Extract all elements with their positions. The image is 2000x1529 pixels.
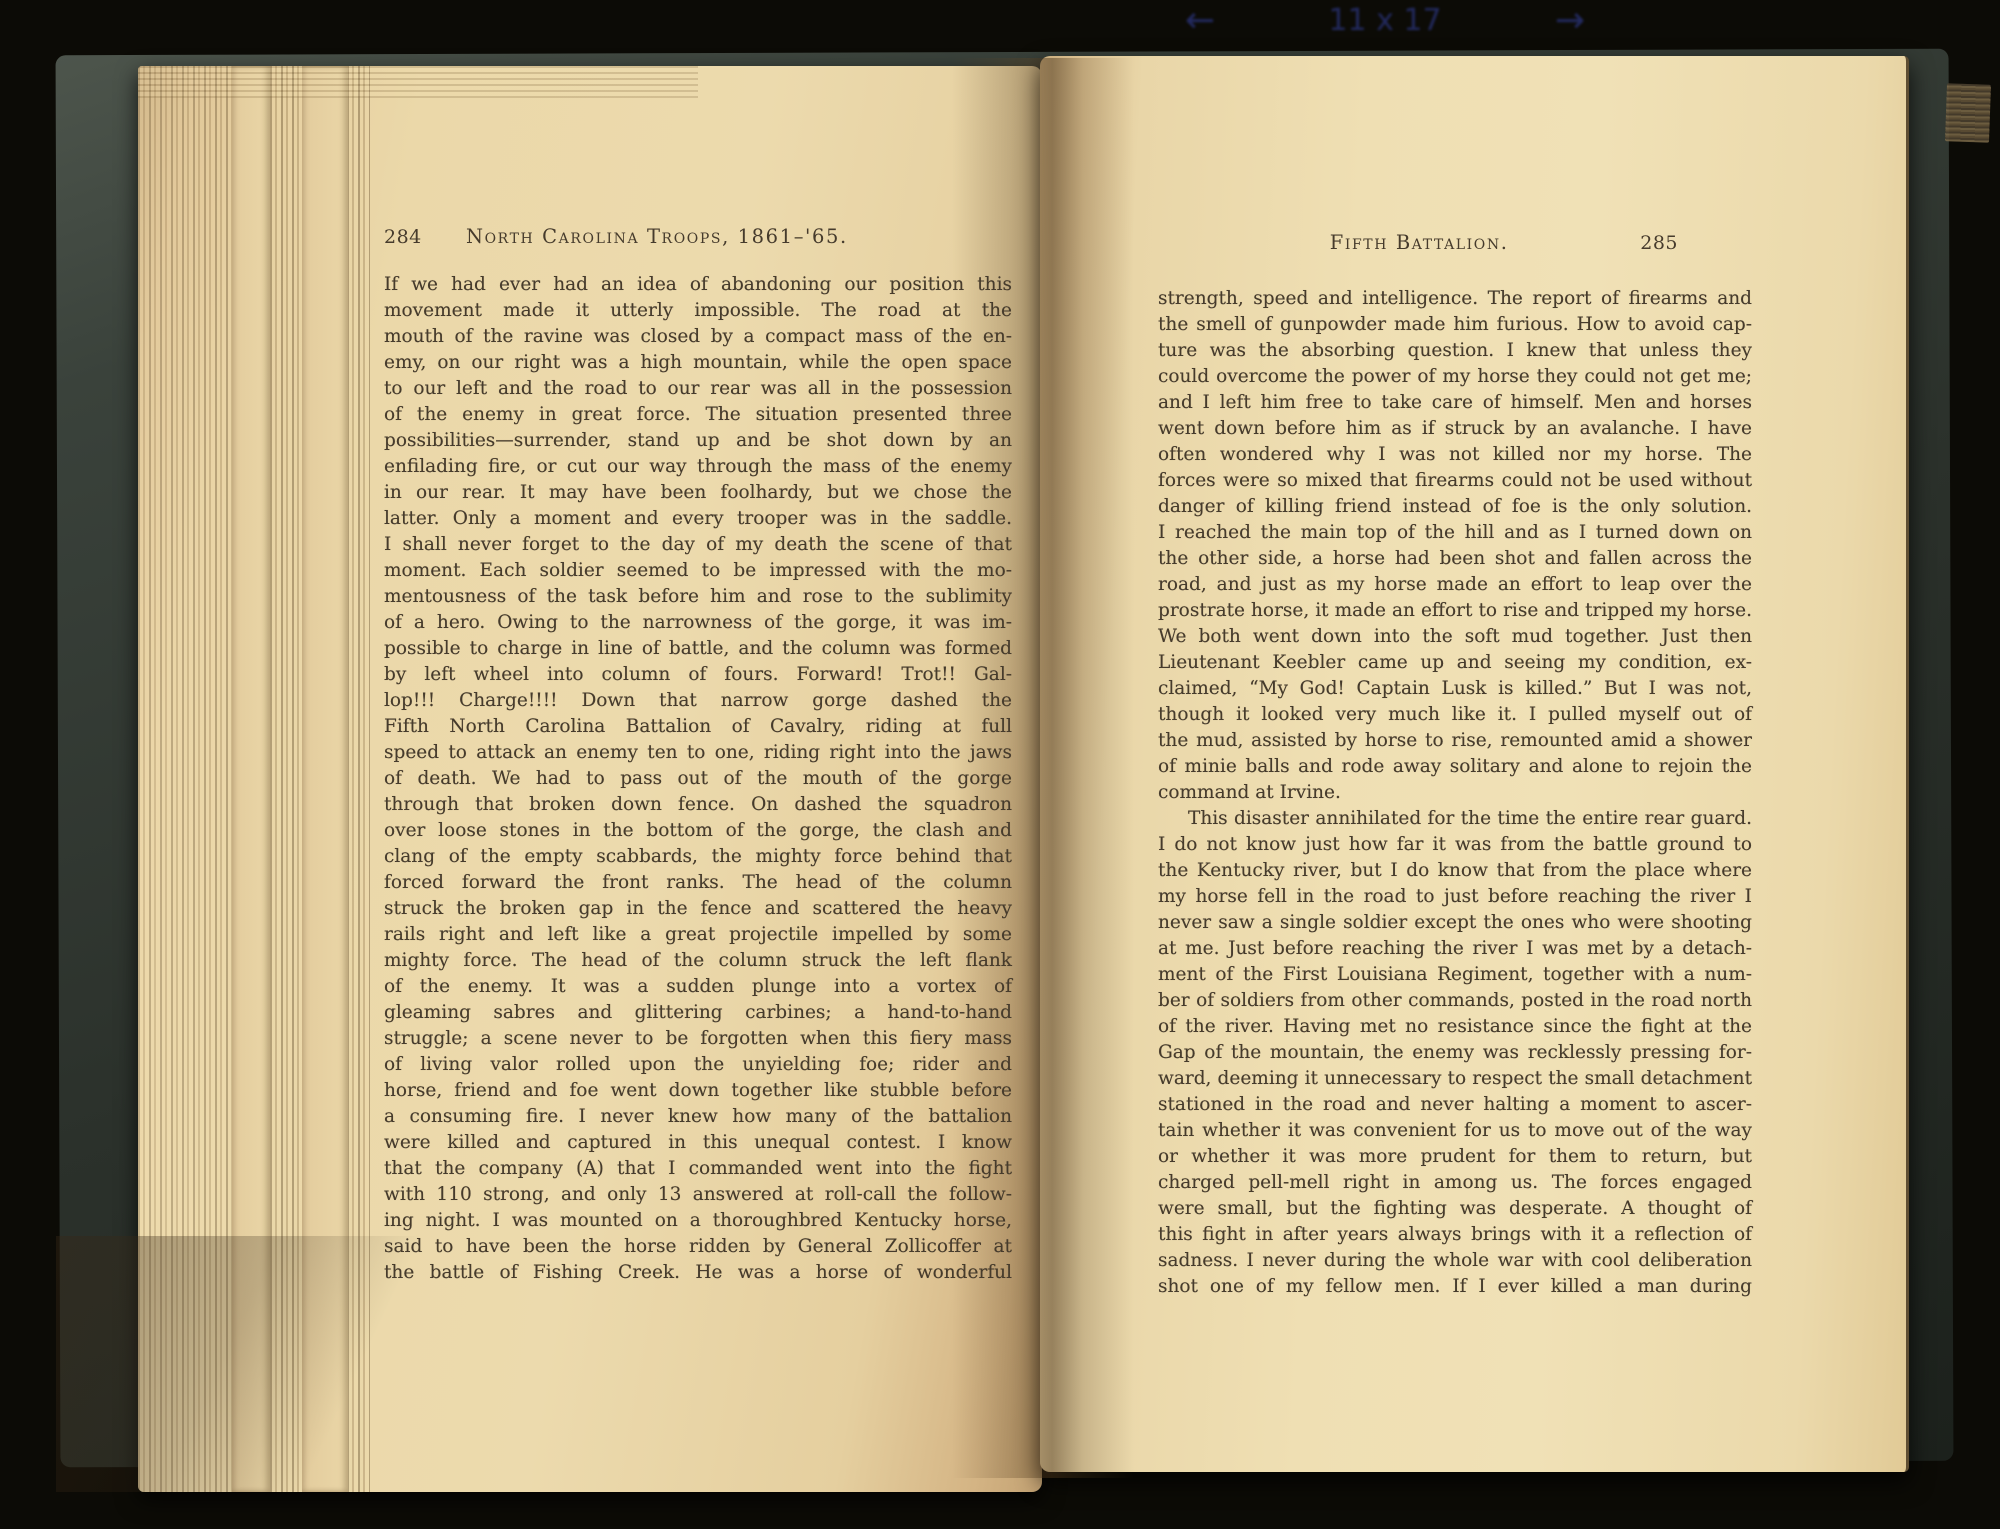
text-line: command at Irvine. [1158, 780, 1752, 806]
page-block-edge [1945, 83, 1991, 143]
page-edge-gap [232, 66, 270, 1492]
text-line: ture was the absorbing question. I knew … [1158, 338, 1752, 364]
text-line: ing night. I was mounted on a thoroughbr… [384, 1208, 1012, 1234]
text-line: speed to attack an enemy ten to one, rid… [384, 740, 1012, 766]
text-line: the battle of Fishing Creek. He was a ho… [384, 1260, 1012, 1286]
left-page-content: 284 North Carolina Troops, 1861–'65. If … [384, 224, 1012, 1286]
text-line: clang of the empty scabbards, the mighty… [384, 844, 1012, 870]
text-line: mighty force. The head of the column str… [384, 948, 1012, 974]
text-line: shot one of my fellow men. If I ever kil… [1158, 1274, 1752, 1300]
text-line: horse, friend and foe went down together… [384, 1078, 1012, 1104]
text-line: of the enemy. It was a sudden plunge int… [384, 974, 1012, 1000]
text-line: my horse fell in the road to just before… [1158, 884, 1752, 910]
text-line: lop!!! Charge!!!! Down that narrow gorge… [384, 688, 1012, 714]
page-number: 285 [1640, 230, 1678, 256]
text-line: of living valor rolled upon the unyieldi… [384, 1052, 1012, 1078]
text-line: that the company (A) that I commanded we… [384, 1156, 1012, 1182]
text-line: gleaming sabres and glittering carbines;… [384, 1000, 1012, 1026]
text-line: forced forward the front ranks. The head… [384, 870, 1012, 896]
right-page-body: strength, speed and intelligence. The re… [1158, 286, 1752, 1300]
text-line: over loose stones in the bottom of the g… [384, 818, 1012, 844]
text-line: went down before him as if struck by an … [1158, 416, 1752, 442]
text-line: in our rear. It may have been foolhardy,… [384, 480, 1012, 506]
left-page-body: If we had ever had an idea of abandoning… [384, 272, 1012, 1286]
text-line: mentousness of the task before him and r… [384, 584, 1012, 610]
text-line: by left wheel into column of fours. Forw… [384, 662, 1012, 688]
text-line: the mud, assisted by horse to rise, remo… [1158, 728, 1752, 754]
text-line: often wondered why I was not killed nor … [1158, 442, 1752, 468]
text-line: or whether it was more prudent for them … [1158, 1144, 1752, 1170]
text-line: enfilading fire, or cut our way through … [384, 454, 1012, 480]
book-scan-scene: ← 11 x 17 → 284 North Carolina Troops, 1… [0, 0, 2000, 1529]
text-line: strength, speed and intelligence. The re… [1158, 286, 1752, 312]
text-line: through that broken down fence. On dashe… [384, 792, 1012, 818]
running-title: North Carolina Troops, 1861–'65. [422, 224, 892, 250]
text-line: Gap of the mountain, the enemy was reckl… [1158, 1040, 1752, 1066]
left-arrow-icon: ← [1185, 0, 1215, 41]
text-line: struggle; a scene never to be forgotten … [384, 1026, 1012, 1052]
text-line: ward, deeming it unnecessary to respect … [1158, 1066, 1752, 1092]
text-line: sadness. I never during the whole war wi… [1158, 1248, 1752, 1274]
text-line: claimed, “My God! Captain Lusk is killed… [1158, 676, 1752, 702]
page-number: 284 [384, 224, 422, 250]
text-line: If we had ever had an idea of abandoning… [384, 272, 1012, 298]
text-line: of the river. Having met no resistance s… [1158, 1014, 1752, 1040]
text-line: latter. Only a moment and every trooper … [384, 506, 1012, 532]
text-line: of minie balls and rode away solitary an… [1158, 754, 1752, 780]
text-line: possibilities—surrender, stand up and be… [384, 428, 1012, 454]
text-line: mouth of the ravine was closed by a comp… [384, 324, 1012, 350]
text-line: the other side, a horse had been shot an… [1158, 546, 1752, 572]
text-line: never saw a single soldier except the on… [1158, 910, 1752, 936]
text-line: Fifth North Carolina Battalion of Cavalr… [384, 714, 1012, 740]
text-line: struck the broken gap in the fence and s… [384, 896, 1012, 922]
text-line: possible to charge in line of battle, an… [384, 636, 1012, 662]
text-line: were killed and captured in this unequal… [384, 1130, 1012, 1156]
text-line: forces were so mixed that firearms could… [1158, 468, 1752, 494]
text-line: of the enemy in great force. The situati… [384, 402, 1012, 428]
text-line: stationed in the road and never halting … [1158, 1092, 1752, 1118]
text-line: could overcome the power of my horse the… [1158, 364, 1752, 390]
text-line: road, and just as my horse made an effor… [1158, 572, 1752, 598]
text-line: danger of killing friend instead of foe … [1158, 494, 1752, 520]
text-line: emy, on our right was a high mountain, w… [384, 350, 1012, 376]
text-line: of a hero. Owing to the narrowness of th… [384, 610, 1012, 636]
copy-board-size-note: ← 11 x 17 → [1185, 0, 1585, 46]
text-line: said to have been the horse ridden by Ge… [384, 1234, 1012, 1260]
running-title: Fifth Battalion. [1198, 230, 1640, 256]
text-line: moment. Each soldier seemed to be impres… [384, 558, 1012, 584]
size-label: 11 x 17 [1328, 3, 1441, 38]
right-page-header: Fifth Battalion. 285 [1158, 230, 1678, 256]
right-arrow-icon: → [1555, 0, 1585, 41]
text-line: movement made it utterly impossible. The… [384, 298, 1012, 324]
text-line: this fight in after years always brings … [1158, 1222, 1752, 1248]
text-line: tain whether it was convenient for us to… [1158, 1118, 1752, 1144]
right-page-content: Fifth Battalion. 285 strength, speed and… [1158, 230, 1752, 1300]
text-line: of death. We had to pass out of the mout… [384, 766, 1012, 792]
text-line: the smell of gunpowder made him furious.… [1158, 312, 1752, 338]
page-edge-gap [302, 66, 348, 1492]
text-line: charged pell-mell right in among us. The… [1158, 1170, 1752, 1196]
text-line: the Kentucky river, but I do know that f… [1158, 858, 1752, 884]
text-line: to our left and the road to our rear was… [384, 376, 1012, 402]
text-line: at me. Just before reaching the river I … [1158, 936, 1752, 962]
text-line: This disaster annihilated for the time t… [1158, 806, 1752, 832]
text-line: I do not know just how far it was from t… [1158, 832, 1752, 858]
text-line: I reached the main top of the hill and a… [1158, 520, 1752, 546]
text-line: Lieutenant Keebler came up and seeing my… [1158, 650, 1752, 676]
text-line: were small, but the fighting was despera… [1158, 1196, 1752, 1222]
top-page-edges [138, 66, 698, 98]
text-line: ber of soldiers from other commands, pos… [1158, 988, 1752, 1014]
text-line: though it looked very much like it. I pu… [1158, 702, 1752, 728]
text-line: a consuming fire. I never knew how many … [384, 1104, 1012, 1130]
text-line: prostrate horse, it made an effort to ri… [1158, 598, 1752, 624]
text-line: I shall never forget to the day of my de… [384, 532, 1012, 558]
left-page-header: 284 North Carolina Troops, 1861–'65. [384, 224, 1012, 250]
text-line: ment of the First Louisiana Regiment, to… [1158, 962, 1752, 988]
text-line: and I left him free to take care of hims… [1158, 390, 1752, 416]
text-line: with 110 strong, and only 13 answered at… [384, 1182, 1012, 1208]
text-line: We both went down into the soft mud toge… [1158, 624, 1752, 650]
text-line: rails right and left like a great projec… [384, 922, 1012, 948]
